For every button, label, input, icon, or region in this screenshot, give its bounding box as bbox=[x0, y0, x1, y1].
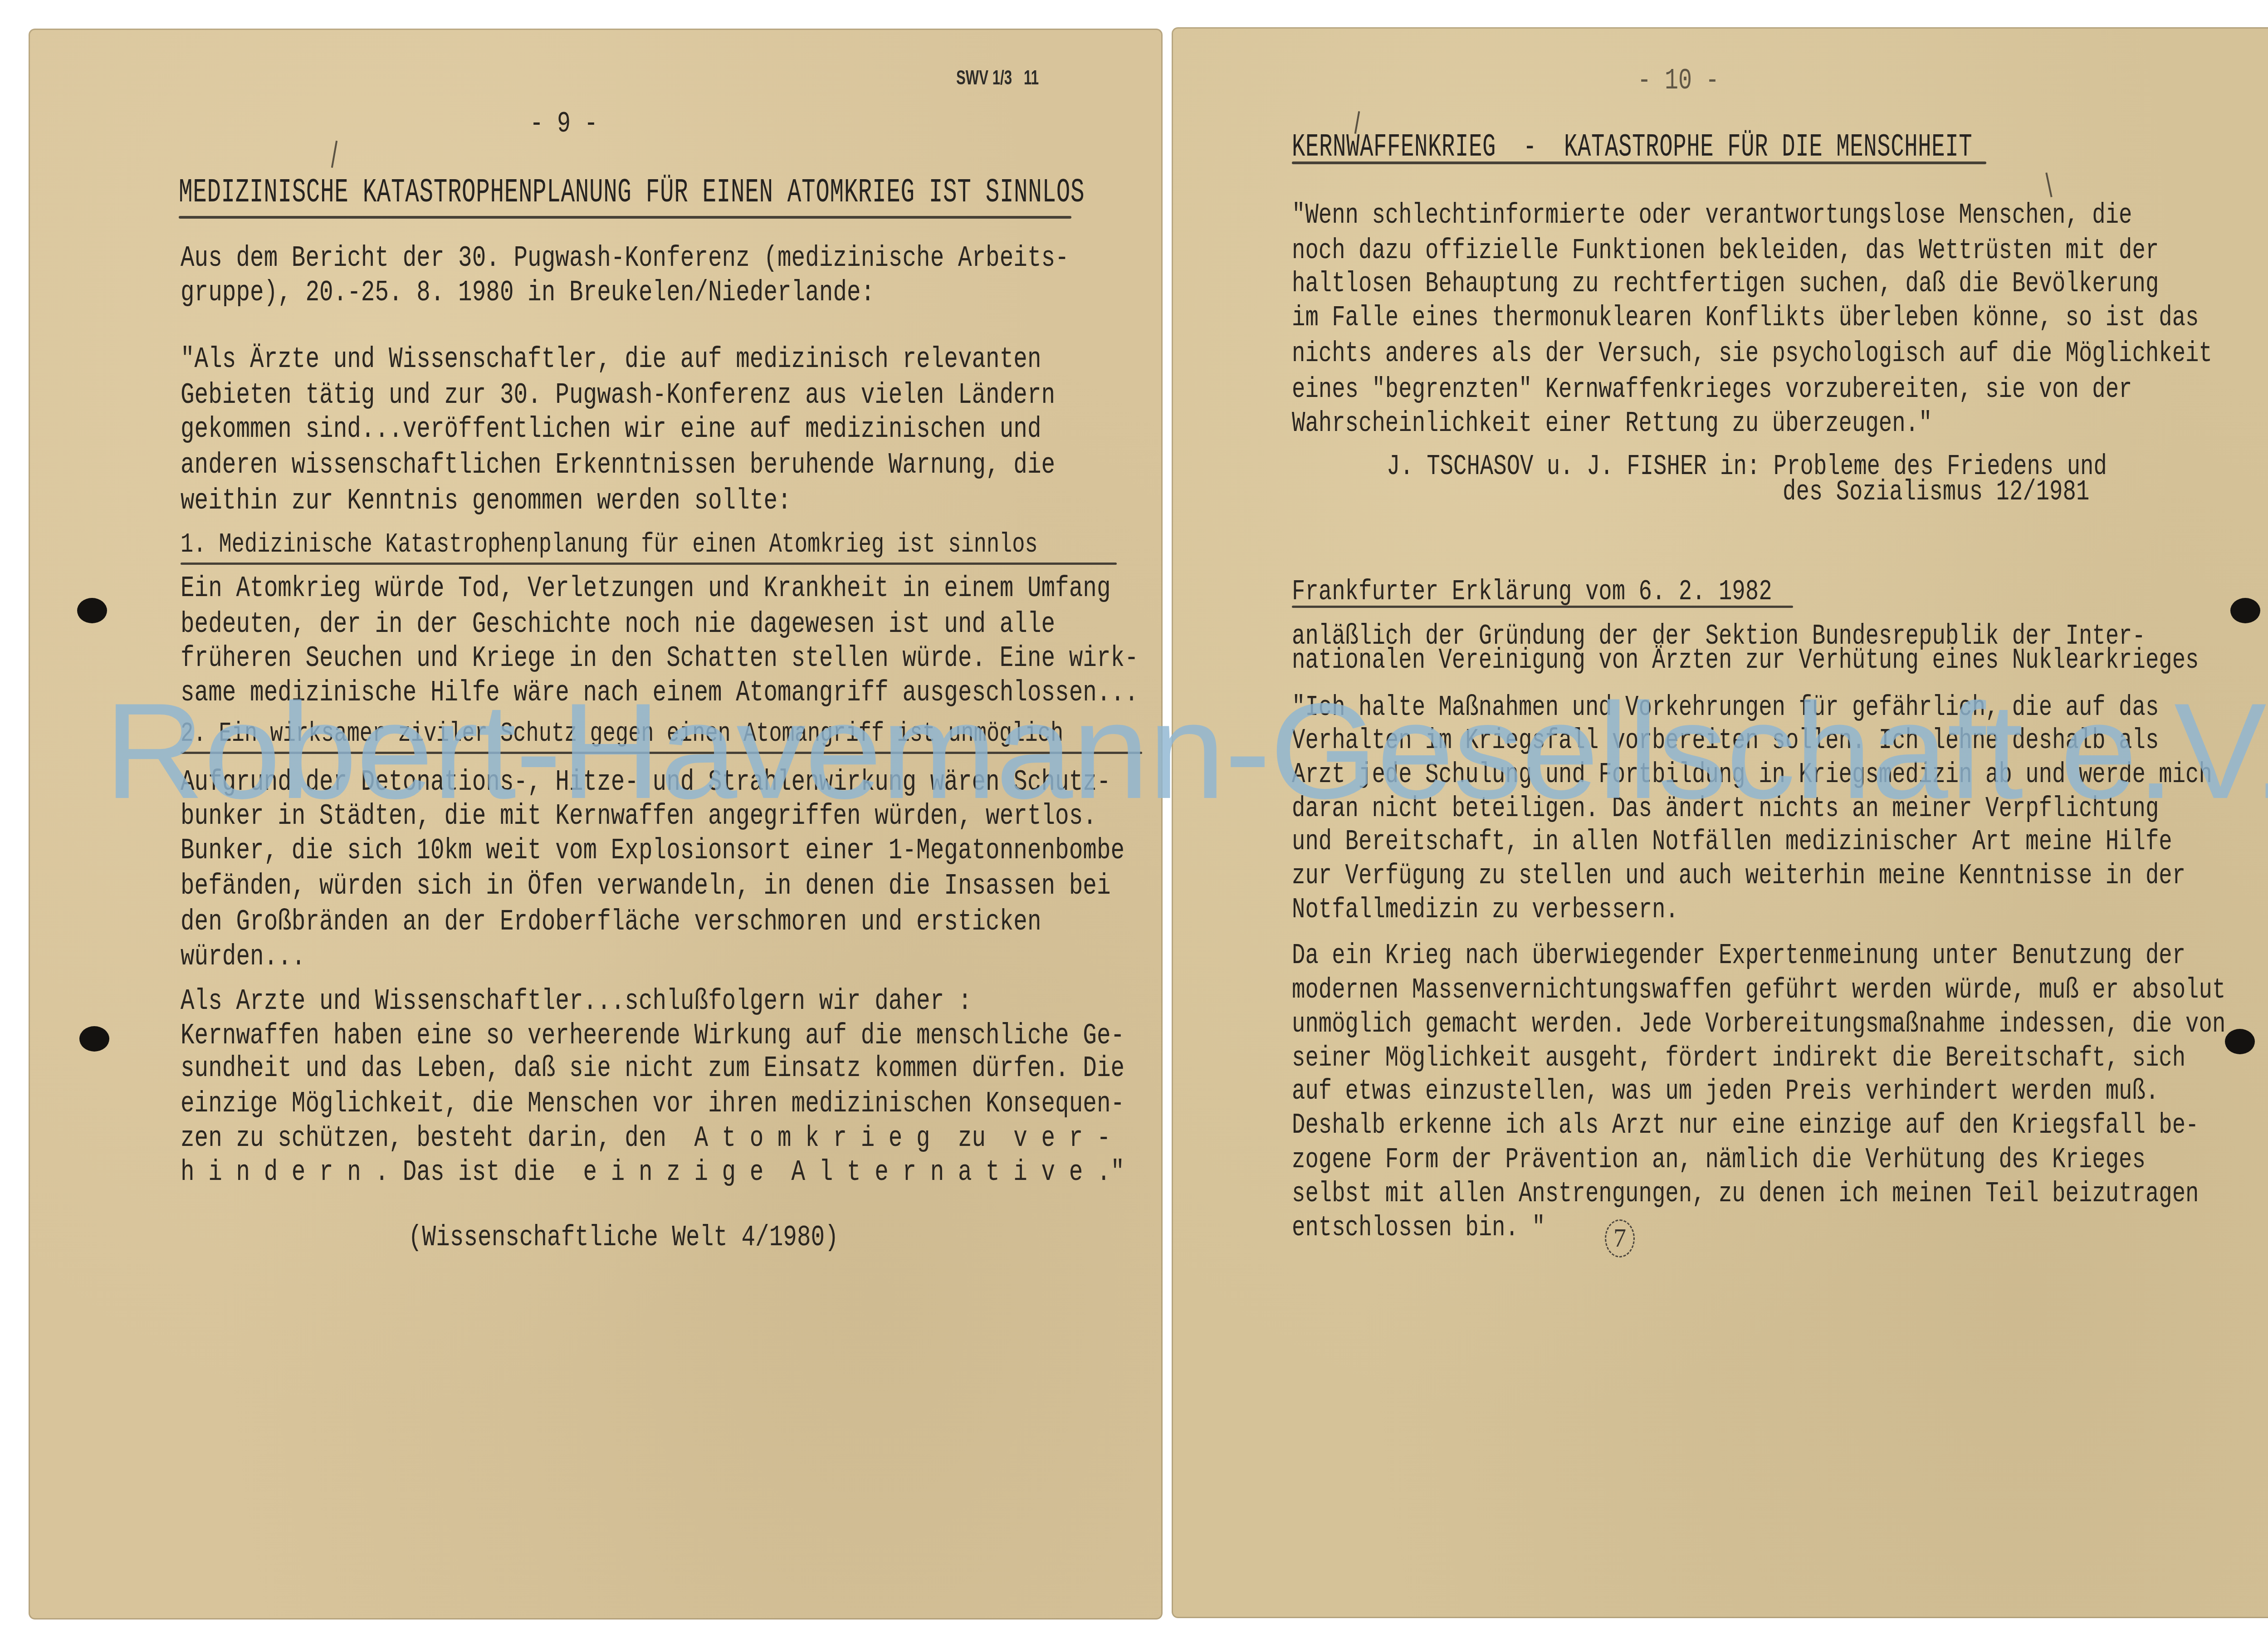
text-line: haltlosen Behauptung zu rechtfertigen su… bbox=[1292, 269, 2159, 298]
text-line: h i n d e r n . Das ist die e i n z i g … bbox=[181, 1158, 1124, 1187]
text-line: früheren Seuchen und Kriege in den Schat… bbox=[181, 644, 1139, 674]
section-2-underline bbox=[181, 752, 1142, 754]
text-line: nationalen Vereinigung von Ärzten zur Ve… bbox=[1292, 646, 2199, 675]
text-line: bunker in Städten, die mit Kernwaffen an… bbox=[181, 802, 1097, 832]
page-number-left: - 9 - bbox=[530, 110, 598, 139]
text-line: Bunker, die sich 10km weit vom Explosion… bbox=[181, 837, 1124, 866]
text-line: den Großbränden an der Erdoberfläche ver… bbox=[181, 908, 1041, 937]
text-line: befänden, würden sich in Öfen verwandeln… bbox=[181, 872, 1111, 901]
text-line: selbst mit allen Anstrengungen, zu denen… bbox=[1292, 1180, 2199, 1209]
text-line: einzige Möglichkeit, die Menschen vor ih… bbox=[181, 1089, 1124, 1119]
text-line: nichts anderes als der Versuch, sie psyc… bbox=[1292, 339, 2212, 368]
handwritten-circled-number: 7 bbox=[1605, 1219, 1635, 1258]
text-line: sundheit und das Leben, daß sie nicht zu… bbox=[181, 1054, 1124, 1083]
page-heading-left: MEDIZINISCHE KATASTROPHENPLANUNG FÜR EIN… bbox=[179, 176, 1085, 210]
section-2-title: 2. Ein wirksamer ziviler Schutz gegen ei… bbox=[181, 720, 1063, 748]
heading-underline-left bbox=[179, 216, 1071, 219]
text-line: anderen wissenschaftlichen Erkenntnissen… bbox=[181, 451, 1055, 480]
text-line: Gebieten tätig und zur 30. Pugwash-Konfe… bbox=[181, 381, 1055, 411]
text-line: Wahrscheinlichkeit einer Rettung zu über… bbox=[1292, 409, 1932, 438]
text-line: bedeuten, der in der Geschichte noch nie… bbox=[181, 610, 1055, 640]
heading-underline-right bbox=[1292, 161, 1986, 164]
section-1-underline bbox=[181, 563, 1117, 565]
text-line: "Als Ärzte und Wissenschaftler, die auf … bbox=[181, 345, 1041, 375]
section-1-title: 1. Medizinische Katastrophenplanung für … bbox=[181, 531, 1038, 558]
text-line: unmöglich gemacht werden. Jede Vorbereit… bbox=[1292, 1010, 2225, 1039]
citation-journal: des Sozialismus 12/1981 bbox=[1783, 478, 2089, 506]
text-line: Deshalb erkenne ich als Arzt nur eine ei… bbox=[1292, 1111, 2199, 1140]
text-line: Da ein Krieg nach überwiegender Experten… bbox=[1292, 942, 2185, 970]
source-citation-left: (Wissenschaftliche Welt 4/1980) bbox=[408, 1223, 839, 1253]
text-line: zur Verfügung zu stellen und auch weiter… bbox=[1292, 861, 2185, 890]
text-line: "Ich halte Maßnahmen und Vorkehrungen fü… bbox=[1292, 693, 2159, 722]
text-line: Arzt jede Schulung und Fortbildung in Kr… bbox=[1292, 760, 2212, 789]
text-line: Aus dem Bericht der 30. Pugwash-Konferen… bbox=[181, 244, 1069, 274]
text-line: "Wenn schlechtinformierte oder verantwor… bbox=[1292, 201, 2132, 230]
text-line: weithin zur Kenntnis genommen werden sol… bbox=[181, 487, 792, 516]
text-line: im Falle eines thermonuklearen Konflikts… bbox=[1292, 303, 2199, 332]
text-line: same medizinische Hilfe wäre nach einem … bbox=[181, 679, 1139, 708]
text-line: zogene Form der Prävention an, nämlich d… bbox=[1292, 1146, 2146, 1174]
text-line: gekommen sind...veröffentlichen wir eine… bbox=[181, 415, 1041, 445]
section-title-underline bbox=[1292, 606, 1793, 608]
text-line: auf etwas einzustellen, was um jeden Pre… bbox=[1292, 1077, 2159, 1106]
page-number-right: - 10 - bbox=[1637, 67, 1719, 96]
punch-hole bbox=[2225, 1029, 2255, 1054]
text-line: seiner Möglichkeit ausgeht, fördert indi… bbox=[1292, 1044, 2185, 1073]
text-line: Als Arzte und Wissenschaftler...schlußfo… bbox=[181, 987, 972, 1016]
scan-canvas: SWV 1/3 11 - 9 - MEDIZINISCHE KATASTROPH… bbox=[0, 0, 2268, 1649]
section-title: Frankfurter Erklärung vom 6. 2. 1982 bbox=[1292, 577, 1772, 606]
text-line: Aufgrund der Detonations-, Hitze- und St… bbox=[181, 768, 1111, 798]
text-line: noch dazu offizielle Funktionen bekleide… bbox=[1292, 236, 2159, 265]
text-line: Kernwaffen haben eine so verheerende Wir… bbox=[181, 1021, 1124, 1051]
archive-stamp: SWV 1/3 11 bbox=[956, 67, 1039, 90]
punch-hole bbox=[77, 598, 107, 623]
punch-hole bbox=[2230, 598, 2260, 623]
text-line: eines "begrenzten" Kernwaffenkrieges vor… bbox=[1292, 375, 2132, 404]
text-line: Ein Atomkrieg würde Tod, Verletzungen un… bbox=[181, 574, 1111, 604]
text-line: zen zu schützen, besteht darin, den A t … bbox=[181, 1124, 1111, 1153]
punch-hole bbox=[79, 1026, 109, 1052]
text-line: Notfallmedizin zu verbessern. bbox=[1292, 895, 1679, 924]
text-line: modernen Massenvernichtungswaffen geführ… bbox=[1292, 976, 2225, 1005]
text-line: Verhalten im Kriegsfall vorbereiten soll… bbox=[1292, 726, 2159, 755]
page-heading-right: KERNWAFFENKRIEG - KATASTROPHE FÜR DIE ME… bbox=[1292, 131, 1972, 163]
text-line: gruppe), 20.-25. 8. 1980 in Breukelen/Ni… bbox=[181, 279, 875, 308]
text-line: daran nicht beteiligen. Das ändert nicht… bbox=[1292, 794, 2159, 823]
text-line: würden... bbox=[181, 942, 305, 972]
text-line: und Bereitschaft, in allen Notfällen med… bbox=[1292, 827, 2172, 856]
text-line: entschlossen bin. " bbox=[1292, 1214, 1545, 1243]
